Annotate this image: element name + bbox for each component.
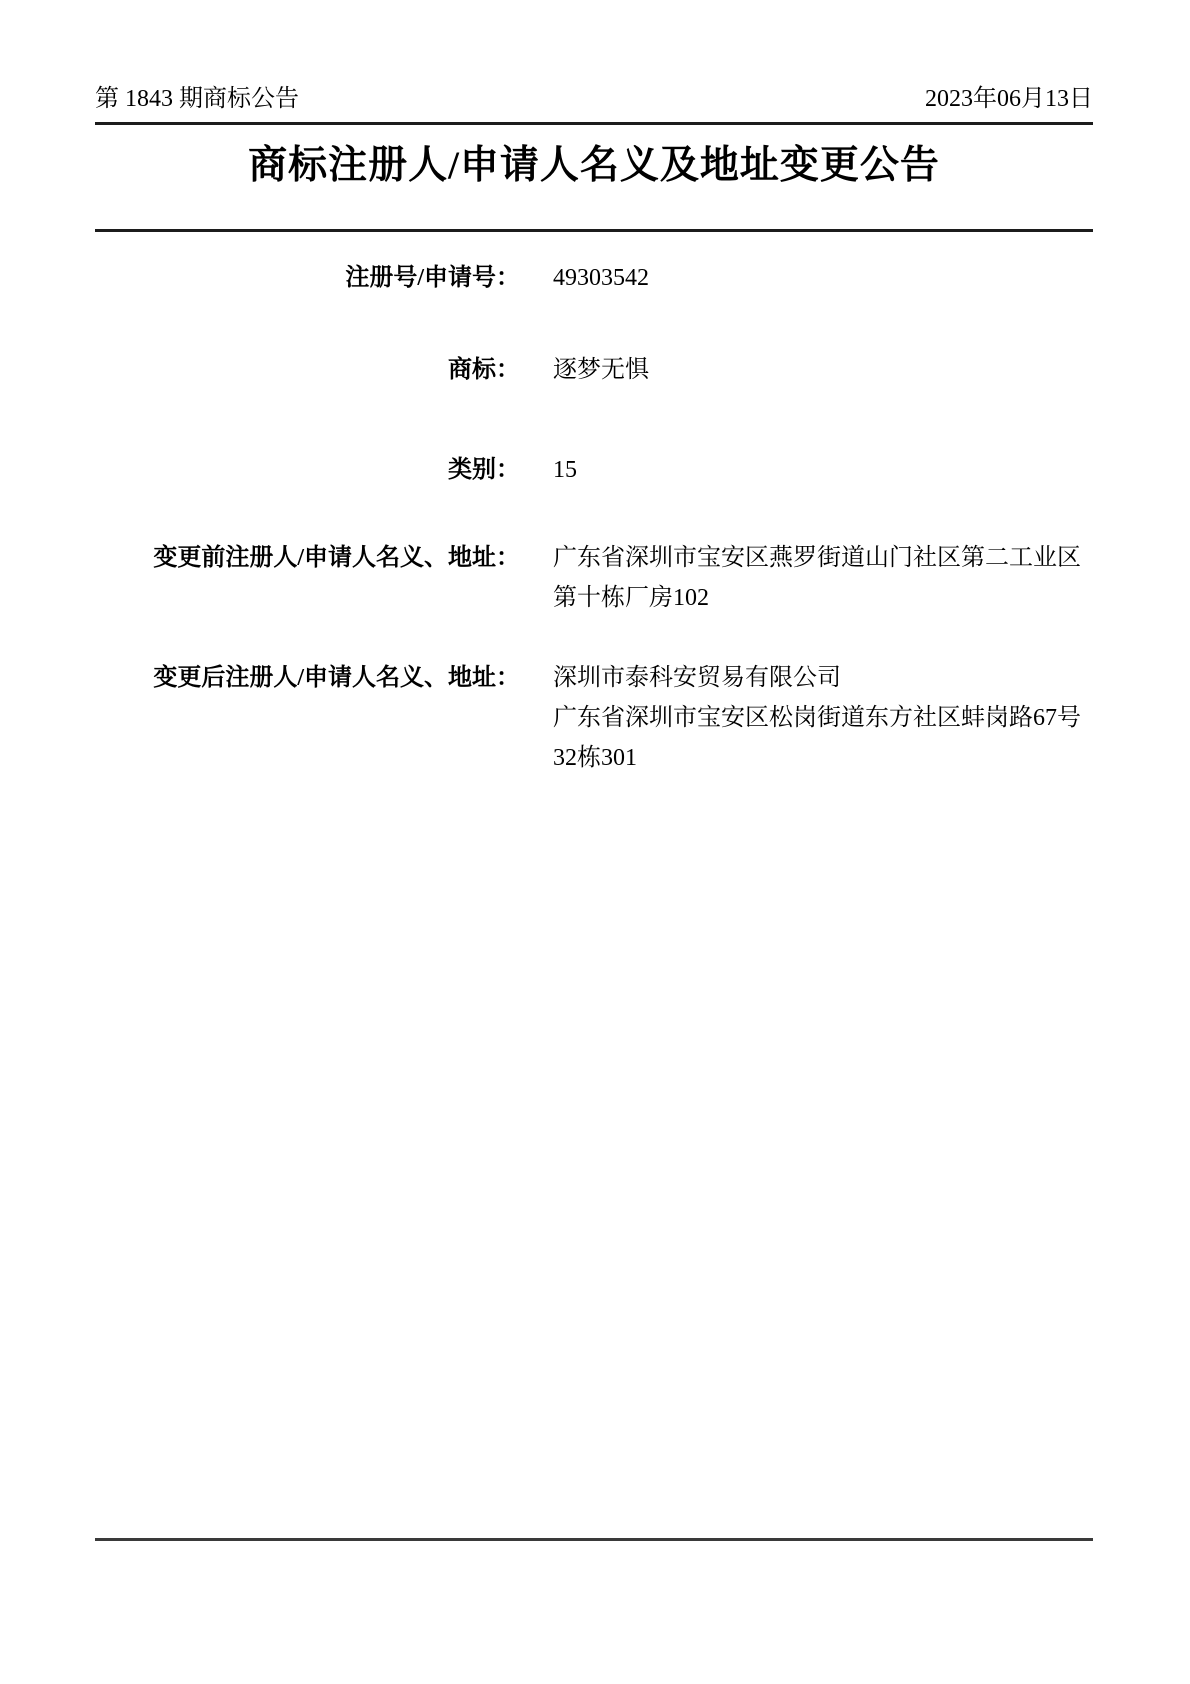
value-line: 15 bbox=[553, 450, 577, 490]
page-title: 商标注册人/申请人名义及地址变更公告 bbox=[95, 141, 1093, 191]
value-line: 49303542 bbox=[553, 258, 649, 298]
field-row-class: 类别： 15 bbox=[95, 450, 1095, 490]
field-label: 变更后注册人/申请人名义、地址： bbox=[95, 658, 520, 698]
field-label: 商标： bbox=[95, 350, 520, 390]
value-line: 广东省深圳市宝安区燕罗街道山门社区第二工业区 bbox=[553, 538, 1065, 578]
field-value: 逐梦无惧 bbox=[553, 350, 649, 390]
footer-divider bbox=[95, 1538, 1093, 1541]
field-row-before-change: 变更前注册人/申请人名义、地址： 广东省深圳市宝安区燕罗街道山门社区第二工业区 … bbox=[95, 538, 1095, 618]
announcement-page: 第 1843 期商标公告 2023年06月13日 商标注册人/申请人名义及地址变… bbox=[0, 0, 1190, 1684]
field-label: 类别： bbox=[95, 450, 520, 490]
title-divider bbox=[95, 229, 1093, 232]
field-row-after-change: 变更后注册人/申请人名义、地址： 深圳市泰科安贸易有限公司 广东省深圳市宝安区松… bbox=[95, 658, 1095, 778]
field-label: 变更前注册人/申请人名义、地址： bbox=[95, 538, 520, 578]
field-label: 注册号/申请号： bbox=[95, 258, 520, 298]
value-line: 深圳市泰科安贸易有限公司 bbox=[553, 658, 1065, 698]
value-line: 逐梦无惧 bbox=[553, 350, 649, 390]
publication-date: 2023年06月13日 bbox=[925, 84, 1093, 114]
field-value: 49303542 bbox=[553, 258, 649, 298]
field-row-registration-number: 注册号/申请号： 49303542 bbox=[95, 258, 1095, 298]
page-header: 第 1843 期商标公告 2023年06月13日 bbox=[95, 84, 1093, 114]
value-line: 32栋301 bbox=[553, 738, 1065, 778]
issue-number: 第 1843 期商标公告 bbox=[95, 84, 299, 114]
value-line: 广东省深圳市宝安区松岗街道东方社区蚌岗路67号 bbox=[553, 698, 1065, 738]
field-row-trademark: 商标： 逐梦无惧 bbox=[95, 350, 1095, 390]
value-line: 第十栋厂房102 bbox=[553, 578, 1065, 618]
field-value: 15 bbox=[553, 450, 577, 490]
header-divider bbox=[95, 122, 1093, 125]
field-value: 深圳市泰科安贸易有限公司 广东省深圳市宝安区松岗街道东方社区蚌岗路67号 32栋… bbox=[553, 658, 1065, 778]
fields-section: 注册号/申请号： 49303542 商标： 逐梦无惧 类别： 15 变更前注册人… bbox=[95, 258, 1095, 778]
field-value: 广东省深圳市宝安区燕罗街道山门社区第二工业区 第十栋厂房102 bbox=[553, 538, 1065, 618]
